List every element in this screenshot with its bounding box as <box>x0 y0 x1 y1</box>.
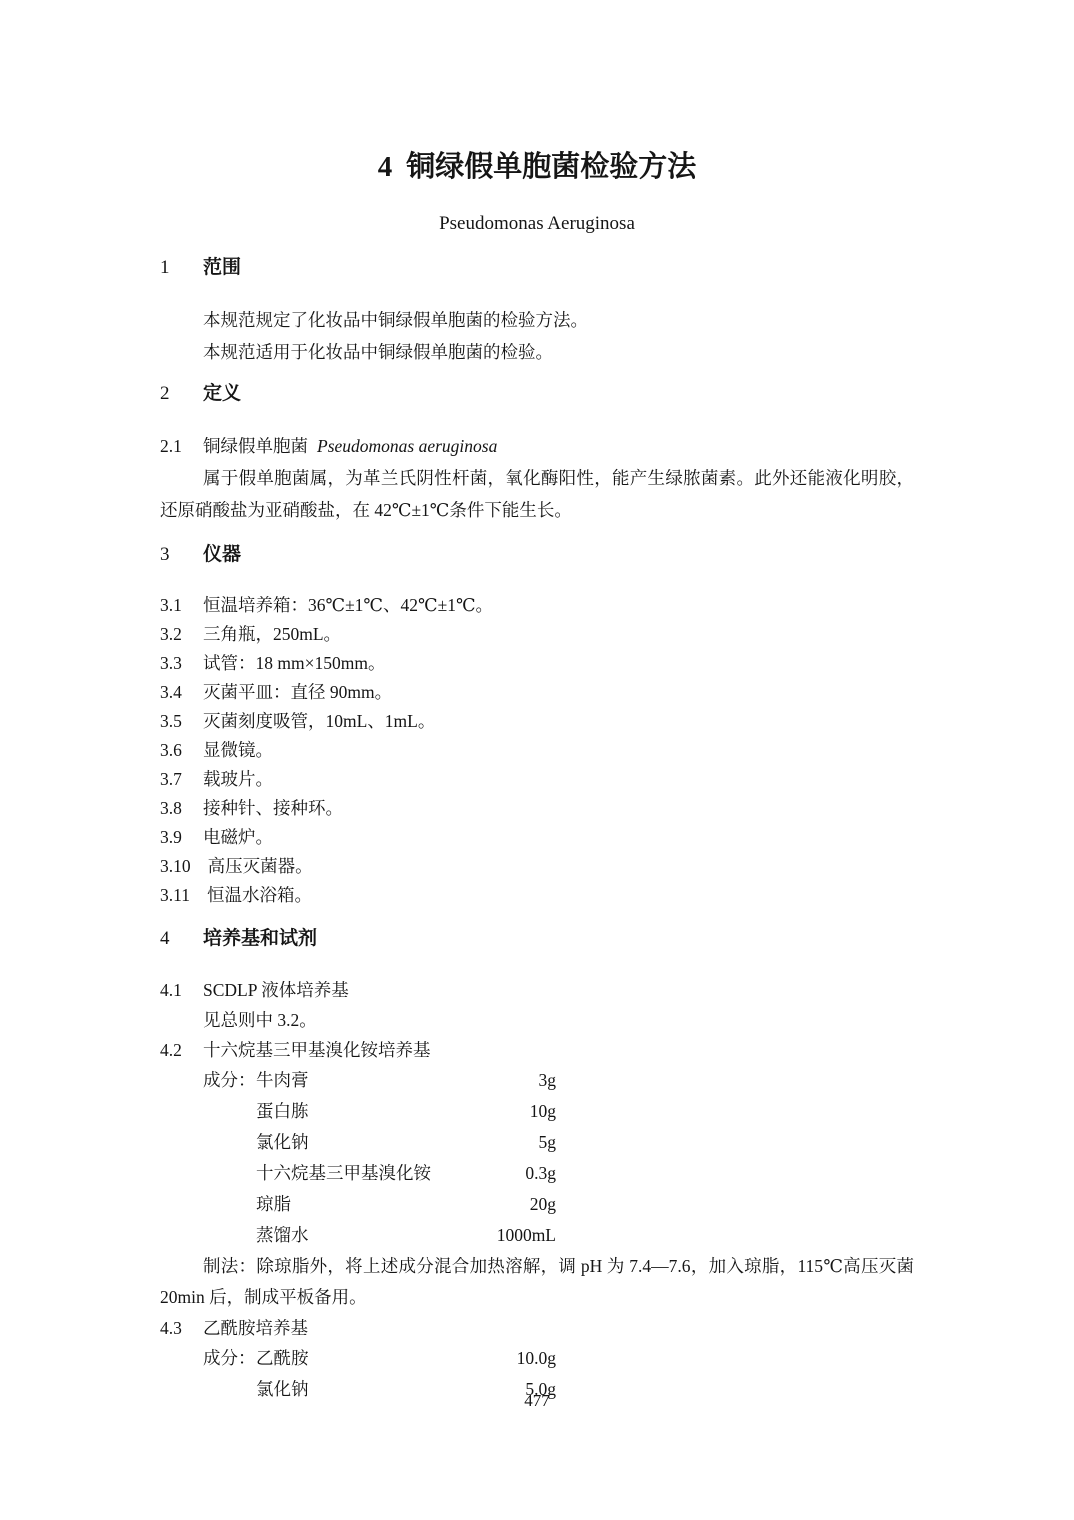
item-number: 3.4 <box>160 678 186 707</box>
item-number: 3.2 <box>160 620 186 649</box>
instrument-item: 3.8接种针、接种环。 <box>160 794 914 823</box>
component-row: 十六烷基三甲基溴化铵0.3g <box>160 1158 914 1189</box>
section-3-heading: 3仪器 <box>160 543 914 567</box>
instrument-item: 3.7载玻片。 <box>160 765 914 794</box>
item-number: 4.1 <box>160 975 186 1005</box>
item-text: 恒温培养箱：36℃±1℃、42℃±1℃。 <box>203 595 493 615</box>
component-row: 成分：牛肉膏3g <box>160 1065 914 1096</box>
item-number: 3.5 <box>160 707 186 736</box>
definition-term: 铜绿假单胞菌 <box>203 436 308 456</box>
preparation-method-paragraph: 制法：除琼脂外，将上述成分混合加热溶解，调 pH 为 7.4—7.6，加入琼脂，… <box>160 1251 914 1313</box>
instrument-item: 3.6显微镜。 <box>160 736 914 765</box>
instrument-item: 3.2三角瓶，250mL。 <box>160 620 914 649</box>
component-amount: 1000mL <box>497 1220 556 1251</box>
document-subtitle: Pseudomonas Aeruginosa <box>160 212 914 236</box>
item-number: 3.11 <box>160 881 190 910</box>
title-text: 铜绿假单胞菌检验方法 <box>406 151 696 183</box>
section-2-heading: 2定义 <box>160 382 914 406</box>
page-number: 477 <box>0 1390 1074 1412</box>
component-amount: 0.3g <box>525 1158 556 1189</box>
section-4-title: 培养基和试剂 <box>203 928 317 949</box>
section-2-number: 2 <box>160 382 186 406</box>
component-amount: 10g <box>530 1096 556 1127</box>
section-3-number: 3 <box>160 543 186 567</box>
instrument-item: 3.10高压灭菌器。 <box>160 852 914 881</box>
item-number: 3.3 <box>160 649 186 678</box>
component-row: 氯化钠5g <box>160 1127 914 1158</box>
instrument-item: 3.3试管：18 mm×150mm。 <box>160 649 914 678</box>
item-number: 3.6 <box>160 736 186 765</box>
subsection-4-1-note: 见总则中 3.2。 <box>160 1005 914 1035</box>
subsection-title: 十六烷基三甲基溴化铵培养基 <box>203 1040 431 1060</box>
item-text: 灭菌刻度吸管，10mL、1mL。 <box>203 711 435 731</box>
components-label: 成分： <box>203 1343 256 1374</box>
section-1-heading: 1范围 <box>160 256 914 280</box>
component-row: 琼脂20g <box>160 1189 914 1220</box>
item-number: 3.9 <box>160 823 186 852</box>
item-text: 载玻片。 <box>203 769 273 789</box>
component-name: 蛋白胨 <box>256 1101 309 1121</box>
item-text: 高压灭菌器。 <box>208 856 313 876</box>
instrument-item: 3.4灭菌平皿：直径 90mm。 <box>160 678 914 707</box>
subsection-4-2-line: 4.2十六烷基三甲基溴化铵培养基 <box>160 1035 914 1065</box>
component-row: 成分：乙酰胺10.0g <box>160 1343 914 1374</box>
item-number: 4.3 <box>160 1313 186 1343</box>
component-row: 蛋白胨10g <box>160 1096 914 1127</box>
document-page: 4铜绿假单胞菌检验方法 Pseudomonas Aeruginosa 1范围 本… <box>0 0 1074 1520</box>
section-3-title: 仪器 <box>203 544 241 565</box>
definition-latin-name: Pseudomonas aeruginosa <box>317 436 497 456</box>
component-name: 蒸馏水 <box>256 1225 309 1245</box>
component-amount: 5g <box>539 1127 557 1158</box>
component-name: 氯化钠 <box>256 1132 309 1152</box>
component-amount: 20g <box>530 1189 556 1220</box>
scope-paragraph-2: 本规范适用于化妆品中铜绿假单胞菌的检验。 <box>160 336 914 368</box>
component-amount: 10.0g <box>517 1343 556 1374</box>
section-4-number: 4 <box>160 927 186 951</box>
component-name: 琼脂 <box>256 1194 291 1214</box>
section-2-title: 定义 <box>203 383 241 404</box>
item-text: 恒温水浴箱。 <box>207 885 312 905</box>
item-number: 3.7 <box>160 765 186 794</box>
scope-paragraph-1: 本规范规定了化妆品中铜绿假单胞菌的检验方法。 <box>160 304 914 336</box>
item-number: 4.2 <box>160 1035 186 1065</box>
instrument-item: 3.1恒温培养箱：36℃±1℃、42℃±1℃。 <box>160 591 914 620</box>
item-text: 显微镜。 <box>203 740 273 760</box>
section-1-title: 范围 <box>203 257 241 278</box>
component-name: 十六烷基三甲基溴化铵 <box>256 1163 431 1183</box>
definition-body: 属于假单胞菌属，为革兰氏阴性杆菌，氧化酶阳性，能产生绿脓菌素。此外还能液化明胶，… <box>160 462 914 526</box>
item-text: 接种针、接种环。 <box>203 798 343 818</box>
item-text: 试管：18 mm×150mm。 <box>203 653 385 673</box>
document-title: 4铜绿假单胞菌检验方法 <box>160 148 914 186</box>
instrument-item: 3.9电磁炉。 <box>160 823 914 852</box>
component-amount: 3g <box>539 1065 557 1096</box>
section-4-heading: 4培养基和试剂 <box>160 927 914 951</box>
instrument-item: 3.5灭菌刻度吸管，10mL、1mL。 <box>160 707 914 736</box>
component-row: 蒸馏水1000mL <box>160 1220 914 1251</box>
definition-number: 2.1 <box>160 430 186 462</box>
item-text: 三角瓶，250mL。 <box>203 624 341 644</box>
item-text: 电磁炉。 <box>203 827 273 847</box>
component-name: 牛肉膏 <box>256 1070 309 1090</box>
subsection-title: 乙酰胺培养基 <box>203 1318 308 1338</box>
definition-term-line: 2.1铜绿假单胞菌Pseudomonas aeruginosa <box>160 430 914 462</box>
subsection-4-3-line: 4.3乙酰胺培养基 <box>160 1313 914 1343</box>
section-1-number: 1 <box>160 256 186 280</box>
title-number: 4 <box>378 151 393 183</box>
item-text: 灭菌平皿：直径 90mm。 <box>203 682 392 702</box>
item-number: 3.8 <box>160 794 186 823</box>
instrument-item: 3.11恒温水浴箱。 <box>160 881 914 910</box>
subsection-title: SCDLP 液体培养基 <box>203 980 349 1000</box>
subsection-4-1-line: 4.1SCDLP 液体培养基 <box>160 975 914 1005</box>
item-number: 3.10 <box>160 852 191 881</box>
component-name: 乙酰胺 <box>256 1348 309 1368</box>
components-label: 成分： <box>203 1065 256 1096</box>
item-number: 3.1 <box>160 591 186 620</box>
